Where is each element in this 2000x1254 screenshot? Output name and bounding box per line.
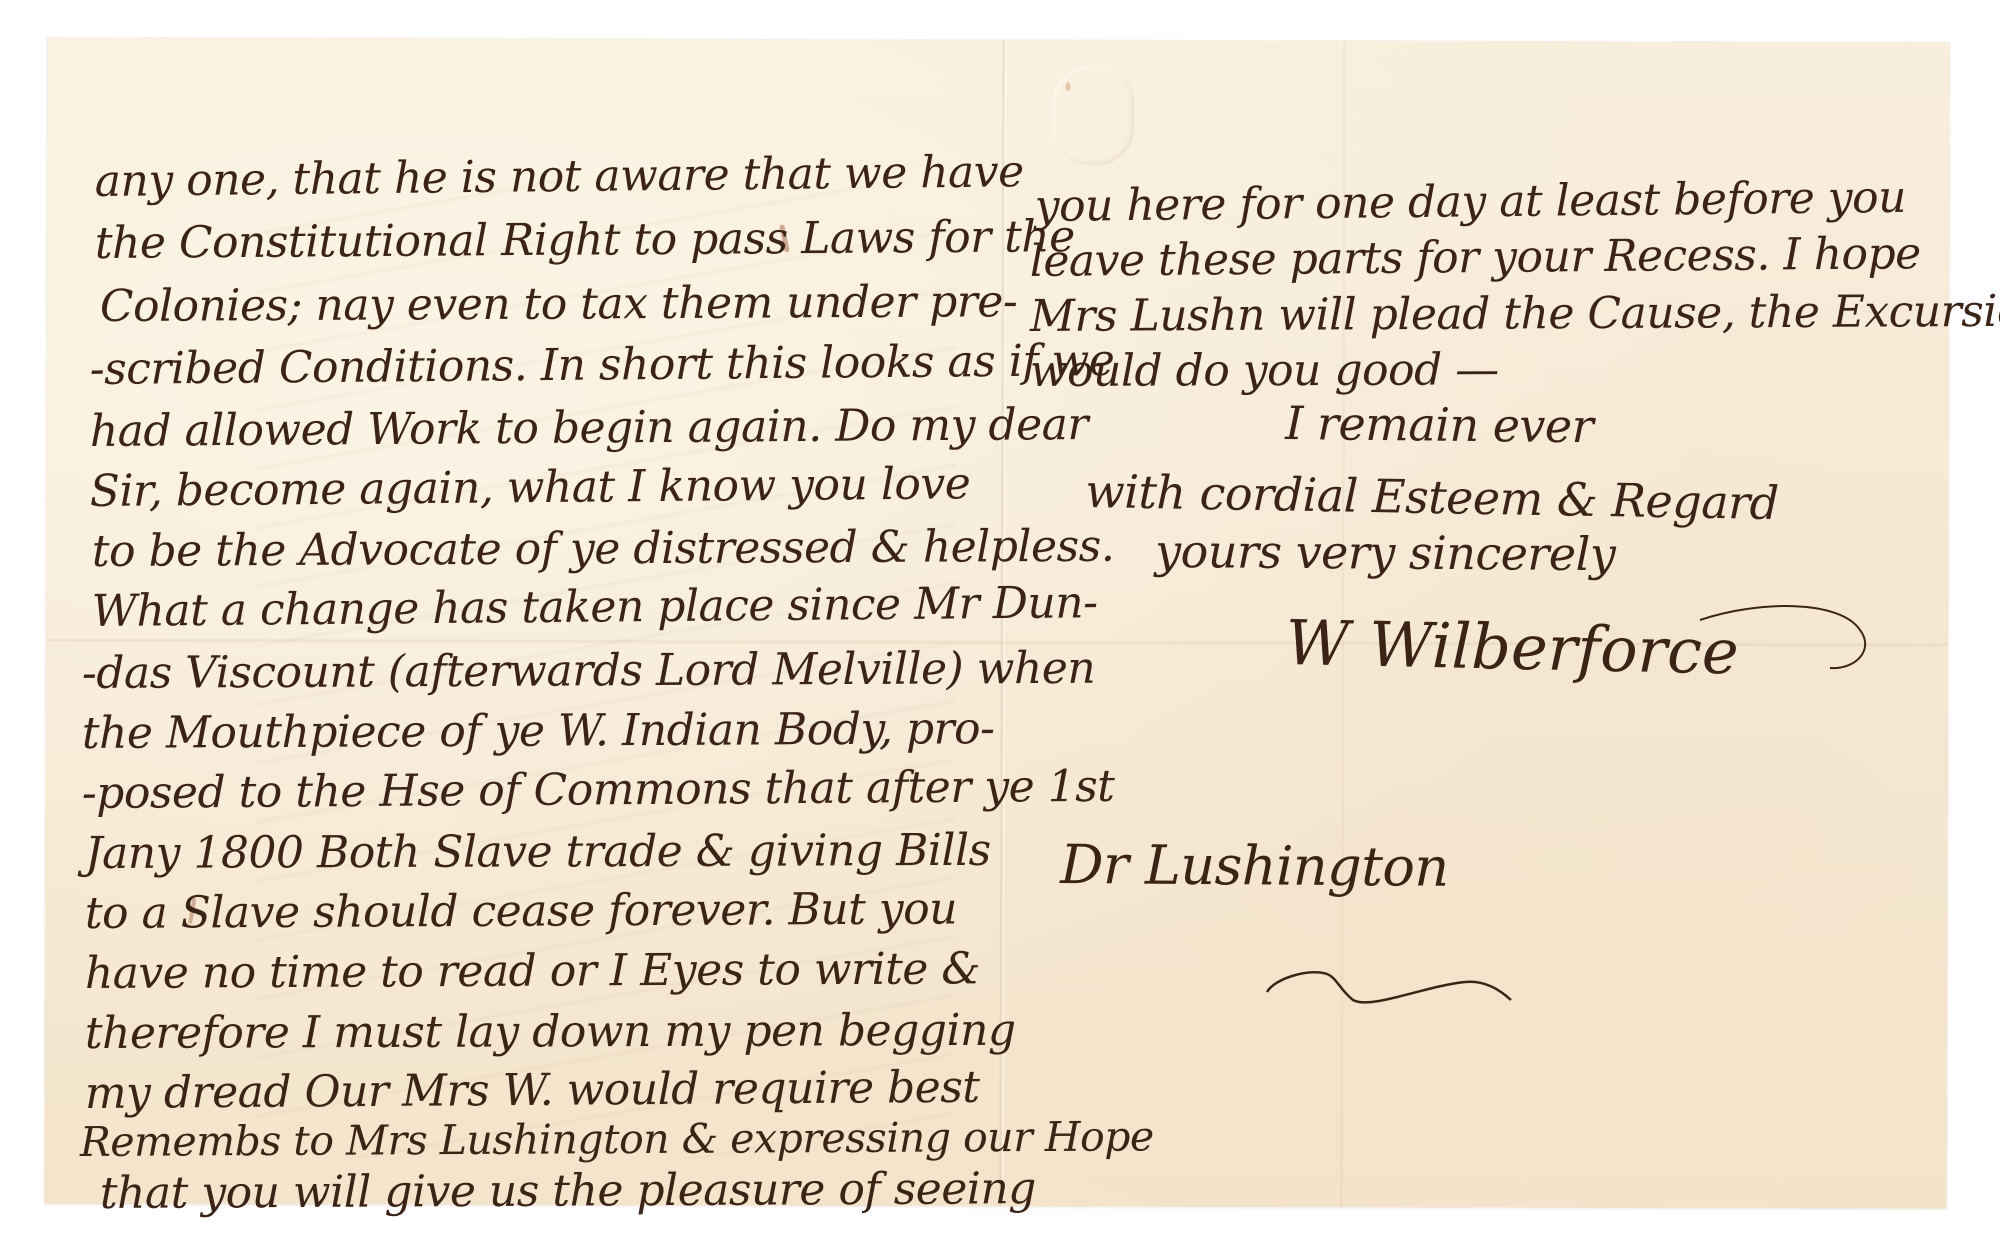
letter-line: any one, that he is not aware that we ha… <box>95 150 1024 204</box>
letter-line: the Constitutional Right to pass Laws fo… <box>95 215 1075 266</box>
letter-line: have no time to read or I Eyes to write … <box>85 947 980 996</box>
letter-line: Sir, become again, what I know you love <box>90 462 971 514</box>
signature-flourish <box>1690 590 1890 680</box>
letter-line: therefore I must lay down my pen begging <box>85 1009 1016 1056</box>
letter-line: Mrs Lushn will plead the Cause, the Excu… <box>1030 290 2000 339</box>
letter-line: my dread Our Mrs W. would require best <box>85 1066 980 1116</box>
foxing-spot <box>1065 82 1070 91</box>
closing-remain: I remain ever <box>1285 400 1593 449</box>
letter-line: to a Slave should cease forever. But you <box>85 887 957 936</box>
blind-emboss-stamp <box>1052 65 1134 165</box>
letter-line: that you will give us the pleasure of se… <box>100 1167 1036 1216</box>
letter-line: -scribed Conditions. In short this looks… <box>90 339 1115 392</box>
letter-line: Remembs to Mrs Lushington & expressing o… <box>80 1116 1154 1163</box>
letter-line: -posed to the Hse of Commons that after … <box>82 765 1115 816</box>
letter-line: would do you good — <box>1030 348 1499 394</box>
letter-line: had allowed Work to begin again. Do my d… <box>90 403 1088 454</box>
letter-line: Colonies; nay even to tax them under pre… <box>100 280 1018 329</box>
signature: W Wilberforce <box>1285 612 1739 683</box>
address-flourish <box>1255 960 1515 1020</box>
letter-line: What a change has taken place since Mr D… <box>92 581 1098 634</box>
closing-esteem: with cordial Esteem & Regard <box>1085 468 1779 526</box>
letter-line: -das Viscount (afterwards Lord Melville)… <box>82 647 1095 696</box>
letter-line: leave these parts for your Recess. I hop… <box>1030 232 1921 284</box>
letter-line: Jany 1800 Both Slave trade & giving Bill… <box>85 829 991 876</box>
letter-line: you here for one day at least before you <box>1035 176 1907 229</box>
letter-line: to be the Advocate of ye distressed & he… <box>92 525 1115 574</box>
letter-line: the Mouthpiece of ye W. Indian Body, pro… <box>82 707 995 756</box>
closing-yours: yours very sincerely <box>1155 528 1615 577</box>
addressee: Dr Lushington <box>1060 838 1449 895</box>
